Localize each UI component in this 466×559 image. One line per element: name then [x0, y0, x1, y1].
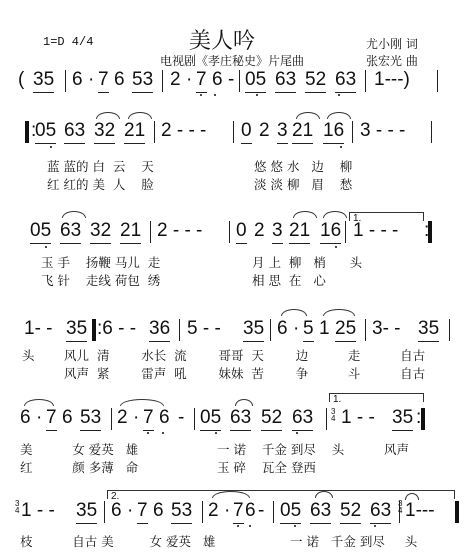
note-token: 35: [33, 70, 54, 93]
note-token: 7: [196, 70, 207, 93]
note-token: 6: [114, 70, 125, 92]
slur-arc: [296, 112, 320, 119]
note-token: -: [178, 408, 184, 430]
volta-number: 2.: [111, 491, 119, 502]
double-barline: [25, 121, 29, 143]
lyric-line: 月 上 柳 梢 头: [252, 256, 362, 270]
lyric-line: 玉 手 扬鞭 马儿 走: [41, 256, 160, 270]
double-barline: [421, 408, 425, 430]
barline: [179, 319, 180, 341]
low-octave-dot: [374, 525, 376, 527]
note-token: 6: [111, 501, 122, 523]
lyric-line: 一 诺 千金 到尽 头: [290, 535, 417, 549]
note-token: 32: [94, 121, 115, 144]
slur-arc: [323, 309, 355, 316]
slur-arc: [281, 309, 307, 316]
time-signature-3-4: 34: [15, 500, 19, 514]
lyric-line: 美 女 爱英 雄: [20, 443, 138, 457]
note-token: 6: [277, 319, 288, 341]
barline: [150, 221, 151, 243]
note-token: 1---): [374, 70, 410, 92]
note-token: 6: [20, 408, 31, 430]
note-token: ·: [133, 408, 139, 430]
slur-arc: [62, 211, 86, 218]
low-octave-dot: [50, 146, 52, 148]
barline: [239, 70, 240, 92]
lyric-line: 悠 悠 水 边 柳: [254, 160, 352, 174]
volta-bracket: [107, 490, 455, 499]
low-octave-dot: [335, 246, 337, 248]
note-token: -: [258, 501, 264, 523]
barline: [162, 70, 163, 92]
note-token: 2: [208, 501, 219, 523]
note-token: 52: [305, 70, 326, 93]
time-signature-3-4: 34: [398, 500, 402, 514]
note-token: ·: [88, 70, 94, 92]
low-octave-dot: [215, 432, 217, 434]
note-token: 7: [233, 501, 244, 524]
note-token: 5 - -: [187, 319, 221, 341]
note-token: 63: [292, 408, 313, 431]
note-token: 7: [143, 408, 154, 431]
lyric-line: 飞 针 走线 荷包 绣: [41, 274, 160, 288]
low-octave-dot: [45, 246, 47, 248]
note-token: 7: [137, 501, 148, 524]
barline: [111, 408, 112, 430]
note-token: 05: [200, 408, 221, 431]
note-token: 21: [289, 221, 310, 244]
note-token: 35: [418, 319, 439, 342]
note-token: 35: [243, 319, 264, 342]
note-token: 63: [310, 501, 331, 524]
composer-credit: 张宏光 曲: [366, 52, 418, 69]
note-token: -: [228, 70, 234, 92]
barline: [65, 70, 66, 92]
slur-arc: [323, 211, 347, 218]
slur-arc: [293, 211, 317, 218]
note-token: 2: [259, 121, 270, 143]
lyric-line: 风声 紧 雷声 吼 妹妹 苦 争 斗 自古: [64, 367, 425, 381]
slur-arc: [120, 399, 164, 406]
note-token: 32: [90, 221, 111, 244]
barline: [273, 501, 274, 523]
barline: [233, 121, 234, 143]
lyric-line: 相 思 在 心: [252, 274, 326, 288]
note-token: 2: [170, 70, 181, 92]
note-token: 63: [60, 221, 81, 244]
slur-arc: [96, 112, 120, 119]
note-token: 63: [335, 70, 356, 93]
note-token: 63: [64, 121, 85, 144]
slur-arc: [128, 112, 152, 119]
song-title: 美人吟: [189, 24, 255, 55]
volta-number: 1.: [353, 213, 361, 224]
note-token: 2: [117, 408, 128, 430]
low-octave-dot: [249, 525, 251, 527]
note-token: 7: [98, 70, 109, 93]
note-token: 6: [72, 70, 83, 92]
barline: [449, 319, 450, 341]
barline: [352, 121, 353, 143]
note-token: 3- -: [372, 319, 401, 341]
double-barline: [455, 501, 459, 523]
note-token: 1- -: [24, 319, 53, 341]
note-token: 05: [35, 121, 56, 144]
barline: [345, 221, 346, 243]
barline: [431, 121, 432, 143]
lyric-line: 头: [22, 349, 35, 363]
low-octave-dot: [237, 525, 239, 527]
note-token: 35: [392, 408, 413, 431]
barline: [229, 221, 230, 243]
note-token: 3 - - -: [360, 121, 405, 143]
note-token: 3: [272, 221, 283, 244]
lyric-line: 淡 淡 柳 眉 愁: [254, 178, 352, 192]
barline: [270, 319, 271, 341]
low-octave-dot: [214, 94, 216, 96]
note-token: 53: [80, 408, 101, 431]
lyric-line: 枝 自古 美 女 爱英 雄: [20, 535, 215, 549]
double-barline: [92, 319, 96, 341]
volta-bracket: [329, 393, 424, 402]
note-token: 53: [132, 70, 153, 93]
low-octave-dot: [162, 432, 164, 434]
note-token: 35: [66, 319, 87, 342]
note-token: 63: [275, 70, 296, 93]
note-token: 21: [120, 221, 141, 244]
lyric-line: 玉 碎 瓦全 登西: [217, 461, 316, 475]
lyric-line: 风儿 清 水长 流 哥哥 天 边 走 自古: [64, 349, 425, 363]
note-token: 21: [292, 121, 313, 144]
note-token: 1---: [405, 501, 435, 523]
note-token: 36: [149, 319, 170, 342]
lyric-line: 蓝 蓝的 白 云 天: [47, 160, 154, 174]
low-octave-dot: [340, 146, 342, 148]
note-token: ·: [224, 501, 230, 523]
note-token: 6: [245, 501, 256, 523]
note-token: 35: [76, 501, 97, 524]
note-token: 21: [124, 121, 145, 144]
note-token: 52: [261, 408, 282, 431]
volta-number: 1.: [333, 394, 341, 405]
note-token: 0: [236, 221, 247, 244]
note-token: 2 - - -: [157, 221, 202, 243]
note-token: 05: [280, 501, 301, 524]
lyric-line: 红 颜 多薄 命: [20, 461, 138, 475]
note-token: ·: [186, 70, 192, 92]
barline: [194, 408, 195, 430]
note-token: 6: [159, 408, 170, 430]
note-token: 2 - - -: [161, 121, 206, 143]
note-token: 0: [241, 121, 252, 144]
note-token: 25: [335, 319, 356, 342]
note-token: 1 - -: [341, 408, 375, 430]
low-octave-dot: [294, 525, 296, 527]
barline: [154, 121, 155, 143]
note-token: 63: [370, 501, 391, 524]
low-octave-dot: [147, 432, 149, 434]
note-token: ·: [293, 319, 299, 341]
barline: [202, 501, 203, 523]
note-token: 2: [254, 221, 265, 243]
note-token: 1 - -: [21, 501, 55, 523]
barline: [326, 408, 327, 430]
key-signature: 1=D 4/4: [43, 35, 93, 49]
note-token: 3: [277, 121, 288, 144]
note-token: :6 - -: [97, 319, 136, 341]
note-token: 6: [212, 70, 223, 92]
note-token: 6: [153, 501, 164, 523]
note-token: 63: [230, 408, 251, 431]
note-token: 52: [340, 501, 361, 524]
note-token: 16: [320, 221, 341, 244]
note-token: 16: [323, 121, 344, 144]
low-octave-dot: [256, 94, 258, 96]
note-token: 1: [319, 319, 330, 341]
lyricist-credit: 尤小刚 词: [366, 35, 418, 52]
note-token: 1 - - -: [353, 221, 398, 243]
time-signature-3-4: 34: [331, 408, 335, 422]
low-octave-dot: [296, 432, 298, 434]
slur-arc: [24, 399, 54, 406]
double-barline: [428, 221, 432, 243]
barline: [104, 501, 105, 523]
low-octave-dot: [200, 94, 202, 96]
note-token: 5: [303, 319, 314, 342]
note-token: 53: [171, 501, 192, 524]
song-subtitle: 电视剧《孝庄秘史》片尾曲: [160, 52, 304, 69]
note-token: ·: [127, 501, 133, 523]
note-token: 6: [62, 408, 73, 430]
slur-arc: [235, 399, 253, 406]
note-token: 05: [245, 70, 266, 93]
lyric-line: 一 诺 千金 到尽 头 风声: [217, 443, 409, 457]
note-token: (: [18, 70, 24, 92]
barline: [437, 70, 438, 92]
note-token: ·: [36, 408, 42, 430]
note-token: 7: [46, 408, 57, 431]
barline: [365, 319, 366, 341]
note-token: 05: [30, 221, 51, 244]
low-octave-dot: [338, 94, 340, 96]
slur-arc: [327, 112, 351, 119]
barline: [365, 70, 366, 92]
lyric-line: 红 红的 美 人 脸: [47, 178, 154, 192]
